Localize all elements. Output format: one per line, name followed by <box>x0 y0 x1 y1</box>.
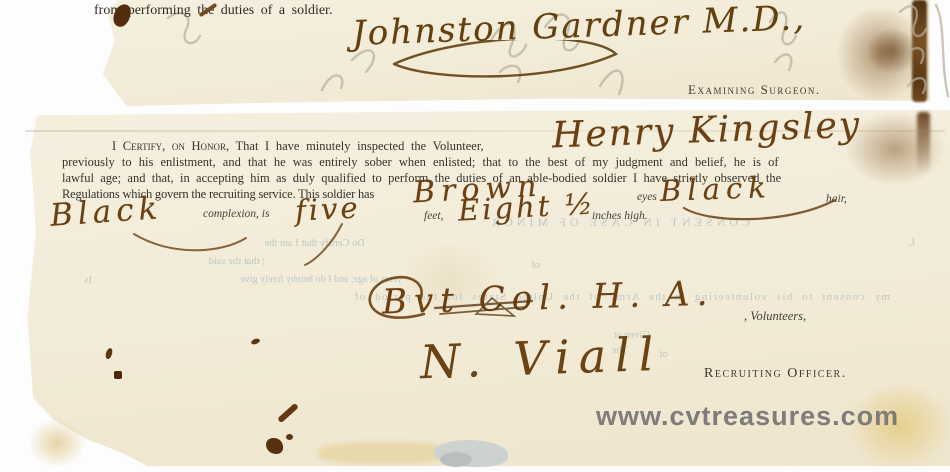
volunteers-label: , Volunteers, <box>744 309 806 324</box>
certificate-line-2: previously to his enlistment, and that h… <box>62 155 779 170</box>
recruiting-officer-label: Recruiting Officer. <box>704 366 847 382</box>
bleed-is-word: Is <box>74 275 92 286</box>
printed-line-soldier-duties: from performing the duties of a soldier. <box>94 3 332 19</box>
height-value-handwritten: Eight ½ <box>457 186 596 227</box>
examining-surgeon-label: Examining Surgeon. <box>688 82 821 98</box>
gray-artifact-blob <box>440 452 472 467</box>
feet-label: feet, <box>424 210 443 222</box>
complexion-label: complexion, is <box>203 208 269 220</box>
certificate-line-1-rest: That I have minutely inspected the Volun… <box>229 139 484 153</box>
recruiting-officer-signature: N. Viall <box>419 327 663 389</box>
feet-value-handwritten: five <box>294 190 361 227</box>
eyes-label: eyes <box>637 191 657 203</box>
bleed-age-line: years of age; and I do hereby freely giv… <box>226 274 402 285</box>
bleed-of-word: of <box>522 260 540 271</box>
height-label: inches high. <box>592 210 648 222</box>
scanned-document: from performing the duties of a soldier.… <box>0 0 950 472</box>
bleed-said-line: ; that the said <box>203 256 265 267</box>
bleed-i-label: I, <box>895 237 915 248</box>
hair-value-handwritten: Black <box>659 170 772 208</box>
bleed-certify-line: Do Certify that I am the <box>203 238 365 249</box>
certificate-line-1: I Certify, on Honor, That I have minutel… <box>112 139 484 154</box>
certify-on-honor-lead: I Certify, on Honor, <box>112 139 229 153</box>
watermark-text: www.cvtreasures.com <box>596 401 899 432</box>
hair-label: hair, <box>826 193 847 205</box>
